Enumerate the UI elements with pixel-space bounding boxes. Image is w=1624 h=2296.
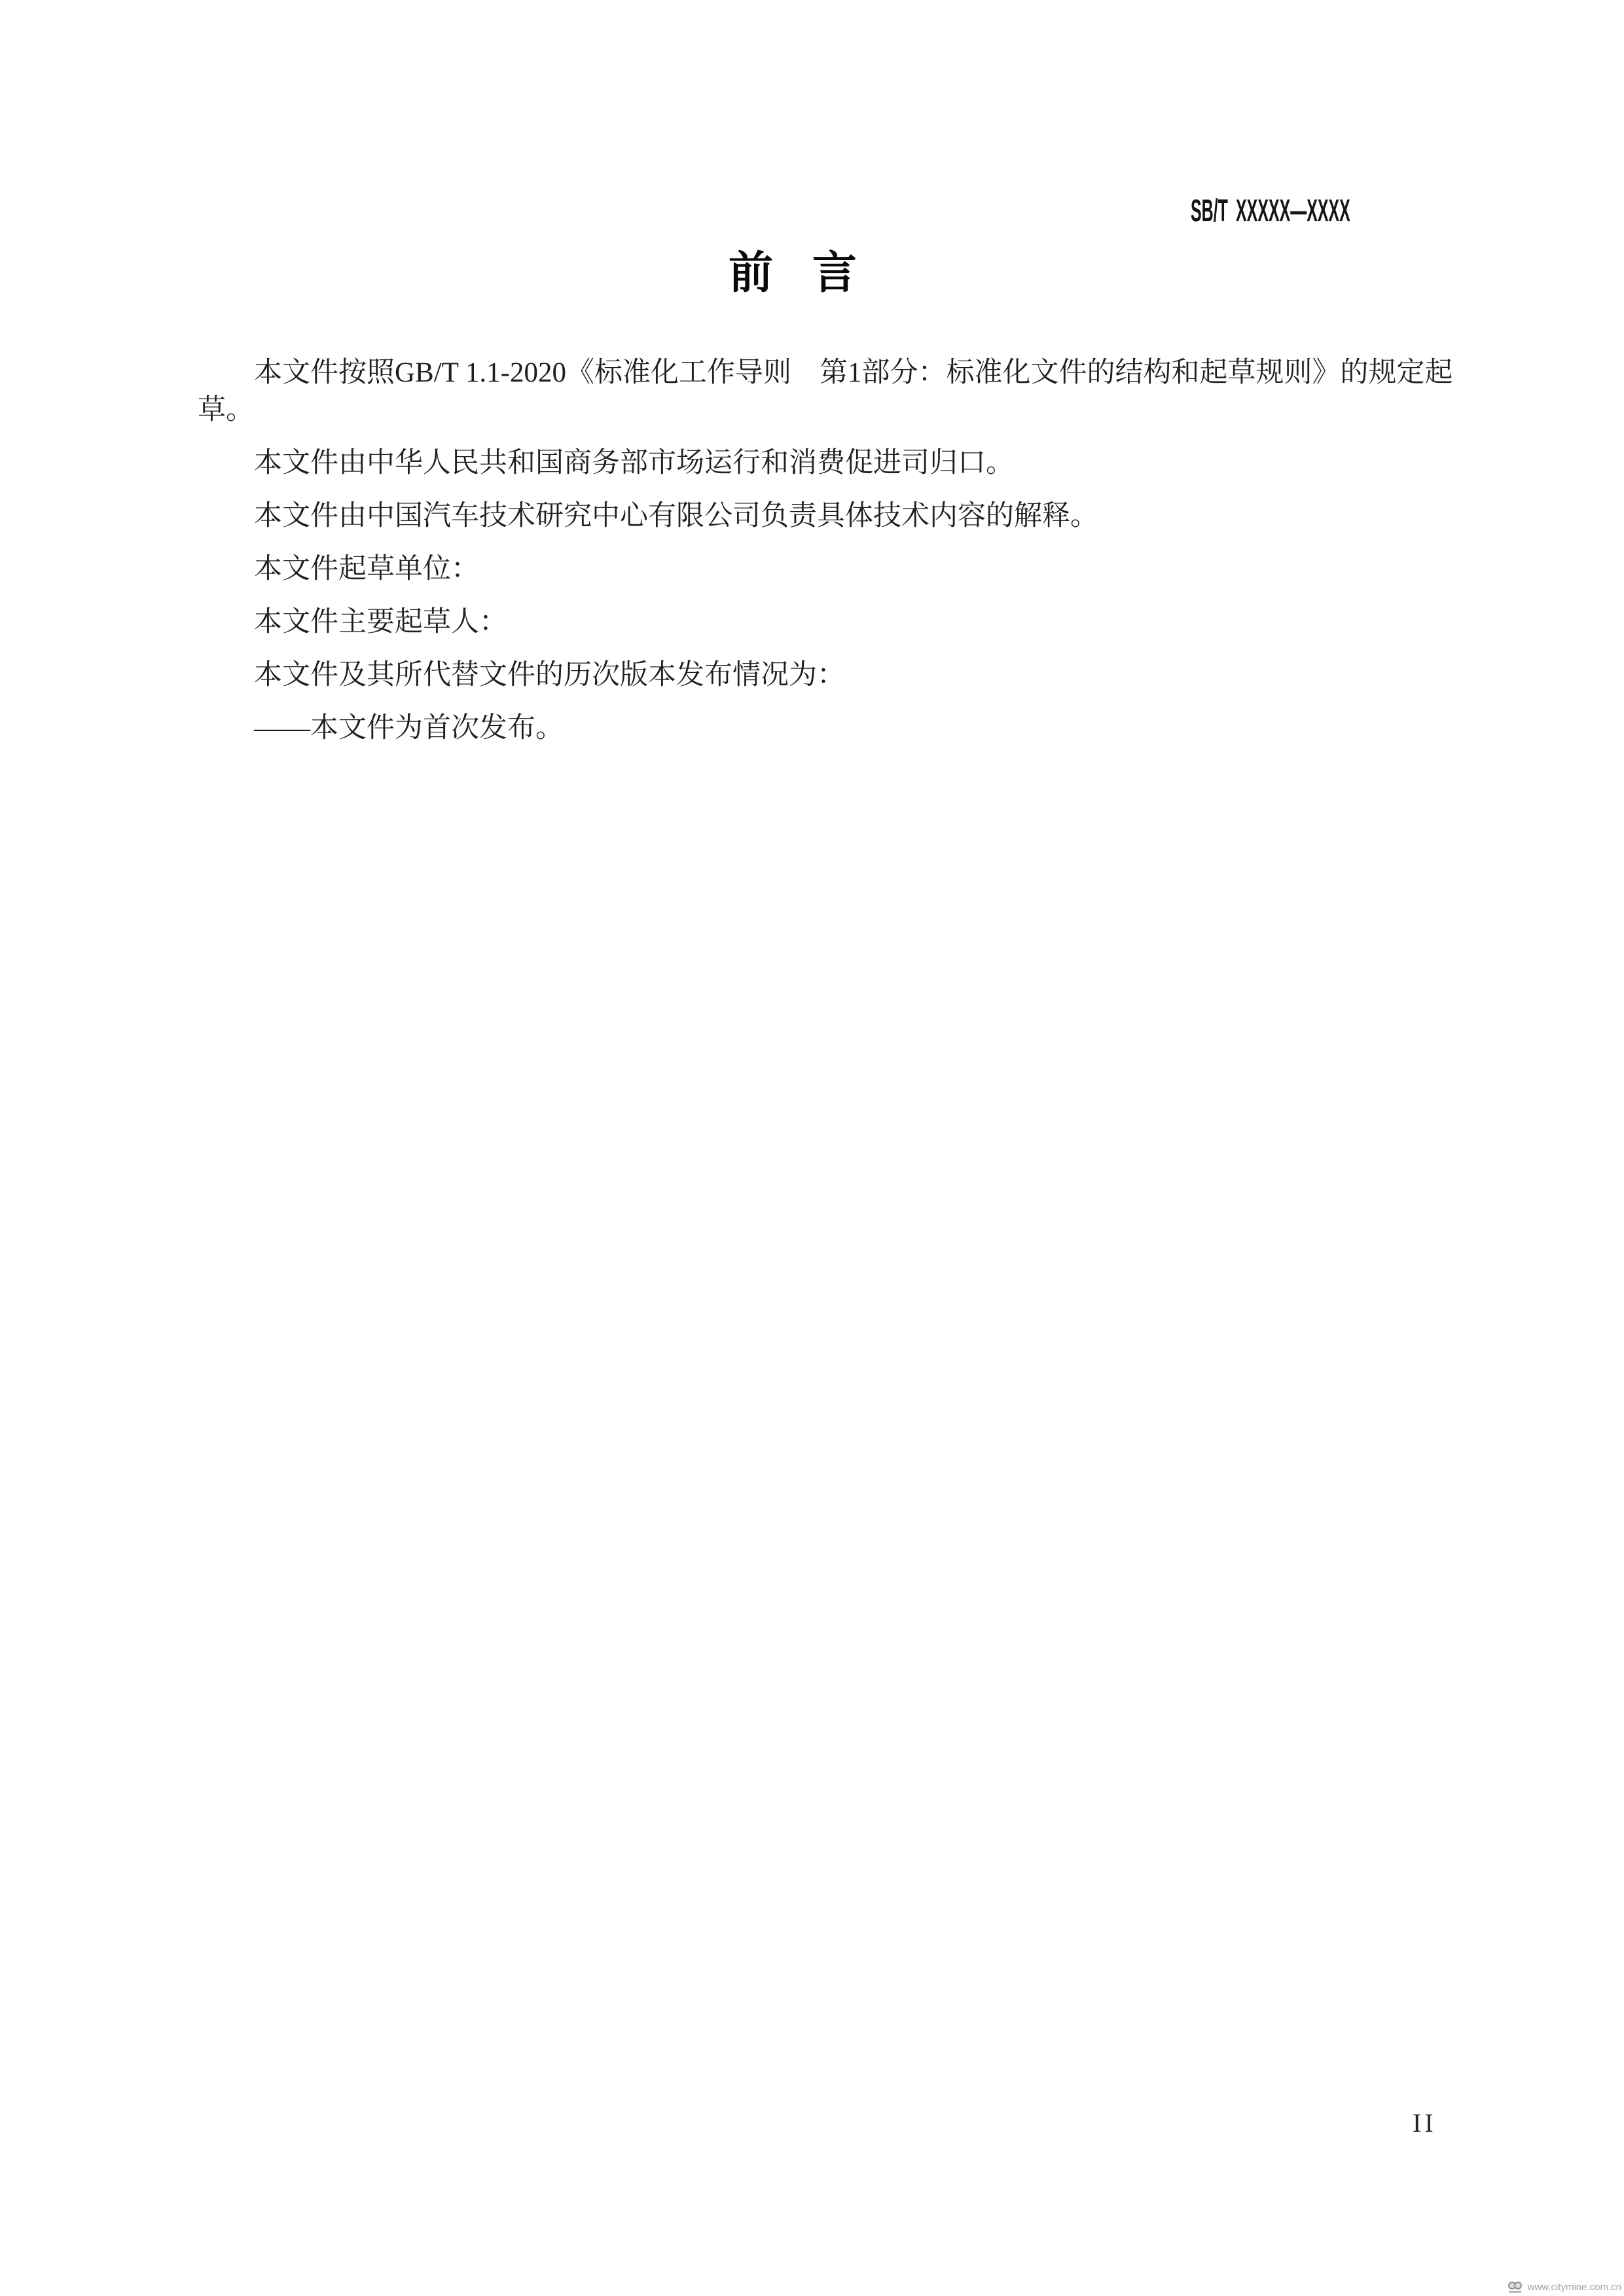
paragraph-line: 本文件起草单位：	[198, 550, 1450, 588]
paragraph-line: ——本文件为首次发布。	[198, 709, 1450, 747]
page-title: 前言	[729, 249, 896, 296]
citymine-logo-icon	[1508, 2282, 1523, 2293]
watermark: www.citymine.com.cn	[1508, 2282, 1621, 2293]
paragraph-line: 本文件主要起草人：	[198, 603, 1450, 641]
foreword-body: 本文件按照GB/T 1.1-2020《标准化工作导则 第1部分：标准化文件的结构…	[198, 354, 1450, 762]
paragraph-line: 草。	[198, 391, 1450, 429]
page-number: II	[1413, 2110, 1437, 2136]
paragraph-line: 本文件由中国汽车技术研究中心有限公司负责具体技术内容的解释。	[198, 497, 1450, 535]
foreword-paragraph: 本文件由中华人民共和国商务部市场运行和消费促进司归口。	[198, 444, 1450, 482]
foreword-paragraph: 本文件及其所代替文件的历次版本发布情况为：	[198, 656, 1450, 694]
foreword-paragraph: ——本文件为首次发布。	[198, 709, 1450, 747]
paragraph-line: 本文件由中华人民共和国商务部市场运行和消费促进司归口。	[198, 444, 1450, 482]
watermark-url: www.citymine.com.cn	[1528, 2282, 1621, 2293]
foreword-paragraph: 本文件按照GB/T 1.1-2020《标准化工作导则 第1部分：标准化文件的结构…	[198, 354, 1450, 429]
foreword-paragraph: 本文件起草单位：	[198, 550, 1450, 588]
standard-code: SB/T XXXXX—XXXX	[1191, 196, 1350, 227]
foreword-paragraph: 本文件由中国汽车技术研究中心有限公司负责具体技术内容的解释。	[198, 497, 1450, 535]
paragraph-line: 本文件及其所代替文件的历次版本发布情况为：	[198, 656, 1450, 694]
document-page: SB/T XXXXX—XXXX 前言 本文件按照GB/T 1.1-2020《标准…	[0, 0, 1624, 2296]
foreword-paragraph: 本文件主要起草人：	[198, 603, 1450, 641]
paragraph-line: 本文件按照GB/T 1.1-2020《标准化工作导则 第1部分：标准化文件的结构…	[198, 354, 1450, 391]
